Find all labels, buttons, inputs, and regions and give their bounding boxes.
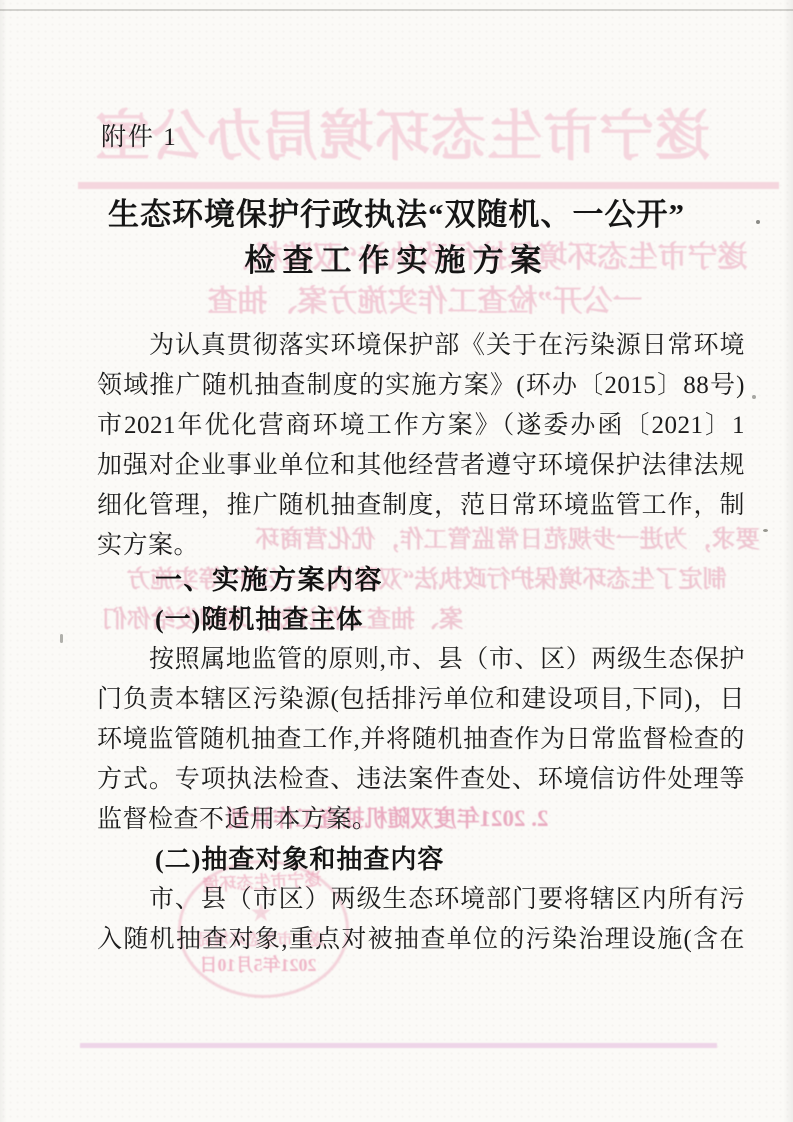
body-line: 方式。专项执法检查、违法案件查处、环境信访件处理等非日常 xyxy=(97,760,745,800)
body-line: 环境监管随机抽查工作,并将随机抽查作为日常监督检查的主要 xyxy=(97,720,745,760)
intro-line: 领域推广随机抽查制度的实施方案》(环办〔2015〕88号)《遂宁 xyxy=(97,366,745,406)
document-title: 生态环境保护行政执法“双随机、一公开” 检查工作实施方案 xyxy=(0,192,793,284)
subsection-1-paragraph: 按照属地监管的原则,市、县（市、区）两级生态保护行政部 门负责本辖区污染源(包括… xyxy=(97,640,745,840)
bleed-notice-title-line2: 一公开”检查工作实施方案、抽查 xyxy=(200,280,650,324)
subsection-1-heading: (一)随机抽查主体 xyxy=(97,600,363,640)
body-line: 监督检查不适用本方案。 xyxy=(97,800,745,840)
scan-speck xyxy=(763,529,768,532)
document-title-line2: 检查工作实施方案 xyxy=(0,238,793,284)
body-line: 按照属地监管的原则,市、县（市、区）两级生态保护行政部 xyxy=(97,640,745,680)
bleed-letterhead-title: 遂宁市生态环境局办公室 xyxy=(95,96,710,178)
subsection-2-paragraph: 市、县（市区）两级生态环境部门要将辖区内所有污染源列 入随机抽查对象,重点对被抽… xyxy=(97,880,745,960)
body-line: 市、县（市区）两级生态环境部门要将辖区内所有污染源列 xyxy=(97,880,745,920)
intro-paragraph: 为认真贯彻落实环境保护部《关于在污染源日常环境监管 领域推广随机抽查制度的实施方… xyxy=(97,326,745,566)
intro-line: 加强对企业事业单位和其他经营者遵守环境保护法律法规的精 xyxy=(97,446,745,486)
scanned-document-page: 遂宁市生态环境局办公室 遂宁市生态环境保护行政执法“双随机、 一公开”检查工作实… xyxy=(0,0,793,1122)
section-1-heading: 一、实施方案内容 xyxy=(97,560,383,600)
intro-line: 细化管理，推广随机抽查制度，范日常环境监管工作，制定本落 xyxy=(97,486,745,526)
intro-line: 为认真贯彻落实环境保护部《关于在污染源日常环境监管 xyxy=(97,326,745,366)
attachment-label: 附件 1 xyxy=(101,121,178,155)
bleed-letterhead-rule xyxy=(78,182,779,189)
scan-speck xyxy=(752,395,756,399)
bleed-bottom-rule xyxy=(80,1043,717,1048)
scan-line-artifact xyxy=(0,9,793,11)
subsection-2-heading: (二)抽查对象和抽查内容 xyxy=(97,840,444,880)
document-title-line1: 生态环境保护行政执法“双随机、一公开” xyxy=(0,192,793,238)
scan-speck xyxy=(756,220,760,224)
scan-speck xyxy=(60,634,63,643)
body-line: 入随机抽查对象,重点对被抽查单位的污染治理设施(含在线监控 xyxy=(97,920,745,960)
body-line: 门负责本辖区污染源(包括排污单位和建设项目,下同)，日常生态 xyxy=(97,680,745,720)
intro-line: 市2021年优化营商环境工作方案》（遂委办函〔2021〕1号）， xyxy=(97,406,745,446)
